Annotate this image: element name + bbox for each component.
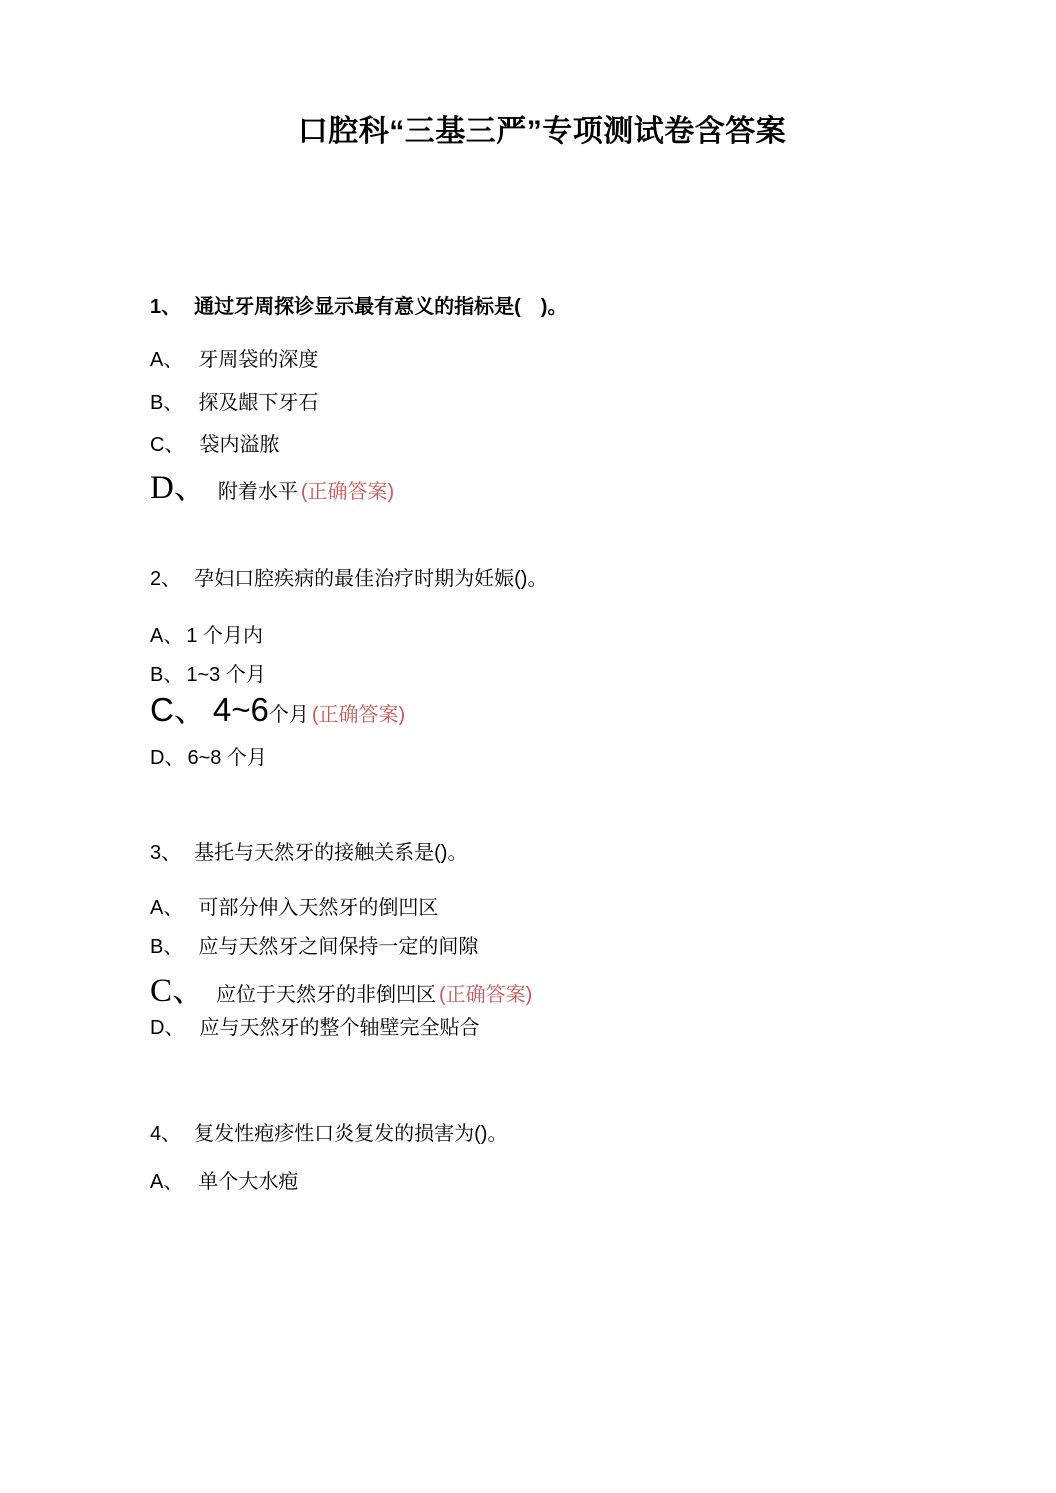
option-text: 牙周袋的深度	[198, 349, 318, 371]
question-3-option-b: B、应与天然牙之间保持一定的间隙	[150, 934, 478, 961]
correct-answer-tag: (正确答案)	[439, 984, 532, 1006]
option-label: C、	[150, 691, 207, 728]
correct-answer-tag: (正确答案)	[312, 704, 405, 726]
question-2-option-a: A、1 个月内	[150, 623, 263, 650]
question-2-option-c: C、4~6个月(正确答案)	[150, 690, 405, 735]
question-1-option-a: A、牙周袋的深度	[150, 347, 318, 374]
option-text: 应与天然牙的整个轴壁完全贴合	[199, 1017, 479, 1039]
option-label: B、	[150, 934, 183, 961]
option-text: 附着水平	[218, 481, 298, 503]
option-text: 应与天然牙之间保持一定的间隙	[198, 936, 478, 958]
option-text: 6~8 个月	[187, 747, 266, 769]
option-label: C、	[150, 432, 184, 459]
question-2-number: 2、	[150, 566, 181, 593]
question-4-stem: 4、复发性疱疹性口炎复发的损害为()。	[150, 1121, 507, 1148]
question-3-number: 3、	[150, 840, 181, 867]
question-1-option-b: B、探及龈下牙石	[150, 390, 318, 417]
option-text: 袋内溢脓	[199, 434, 279, 456]
option-text: 1 个月内	[186, 625, 263, 647]
question-1-option-c: C、袋内溢脓	[150, 432, 279, 459]
question-2-stem: 2、孕妇口腔疾病的最佳治疗时期为妊娠()。	[150, 566, 547, 593]
question-1-number: 1、	[150, 294, 181, 321]
question-3-option-c: C、应位于天然牙的非倒凹区(正确答案)	[150, 971, 532, 1015]
option-label: A、	[150, 347, 183, 374]
document-title: 口腔科“三基三严”专项测试卷含答案	[14, 112, 1056, 152]
question-1-stem: 1、通过牙周探诊显示最有意义的指标是( )。	[150, 294, 567, 321]
option-label: D、	[150, 470, 207, 506]
question-3-text: 基托与天然牙的接触关系是()。	[194, 842, 467, 864]
option-label: B、	[150, 662, 183, 689]
option-label: A、	[150, 895, 183, 922]
option-text-large: 4~6	[213, 691, 269, 728]
option-text: 可部分伸入天然牙的倒凹区	[198, 897, 438, 919]
question-4-number: 4、	[150, 1121, 181, 1148]
option-label: C、	[150, 973, 205, 1009]
option-label: B、	[150, 390, 183, 417]
question-3-option-a: A、可部分伸入天然牙的倒凹区	[150, 895, 438, 922]
question-1-text: 通过牙周探诊显示最有意义的指标是( )。	[194, 296, 567, 318]
option-text: 单个大水疱	[198, 1171, 298, 1193]
question-2-option-d: D、6~8 个月	[150, 745, 267, 772]
option-text: 探及龈下牙石	[198, 392, 318, 414]
option-label: A、	[150, 1169, 183, 1196]
question-2-option-b: B、1~3 个月	[150, 662, 266, 689]
question-2-text: 孕妇口腔疾病的最佳治疗时期为妊娠()。	[194, 568, 547, 590]
option-text: 应位于天然牙的非倒凹区	[216, 984, 436, 1006]
option-label: D、	[150, 1015, 184, 1042]
correct-answer-tag: (正确答案)	[301, 481, 394, 503]
question-3-option-d: D、应与天然牙的整个轴壁完全贴合	[150, 1015, 479, 1042]
option-text: 1~3 个月	[186, 664, 265, 686]
question-3-stem: 3、基托与天然牙的接触关系是()。	[150, 840, 467, 867]
question-1-option-d: D、附着水平(正确答案)	[150, 468, 394, 512]
option-label: A、	[150, 623, 183, 650]
option-text: 个月	[269, 704, 309, 726]
question-4-text: 复发性疱疹性口炎复发的损害为()。	[194, 1123, 507, 1145]
question-4-option-a: A、单个大水疱	[150, 1169, 298, 1196]
option-label: D、	[150, 745, 184, 772]
document-page: 口腔科“三基三严”专项测试卷含答案 1、通过牙周探诊显示最有意义的指标是( )。…	[0, 0, 1056, 1493]
